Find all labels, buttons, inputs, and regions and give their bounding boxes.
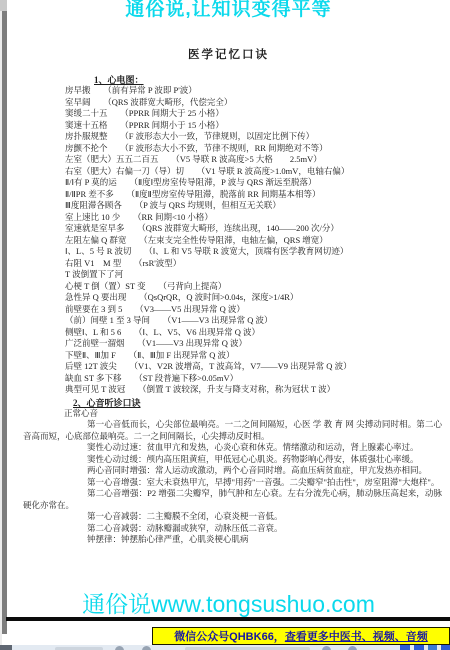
taskbar-start-icon[interactable]: [0, 645, 12, 650]
taskbar-icon[interactable]: [322, 646, 331, 650]
taskbar-icon[interactable]: [414, 645, 424, 650]
mnemonic-line: 心梗 T 倒（置）ST 变 （弓背向上提高）: [65, 281, 446, 293]
mnemonic-line: 房早搬 （前有异常 P 波即 P'波）: [65, 85, 446, 97]
mnemonic-line: Ⅰ、L、5 号 R 波切 （Ⅰ、L 和 V5 导联 R 波宽大，顶端有医学教育网…: [65, 246, 446, 258]
heart-sound-paragraphs: 第一心音低而长，心尖部位最响亮。一二之间间隔短，心医 学 教 育 网 尖搏动同时…: [23, 419, 442, 546]
ecg-mnemonic-list: 房早搬 （前有异常 P 波即 P'波）室早阔 （QRS 波群宽大畸形，代偿完全）…: [65, 85, 446, 396]
mnemonic-line: 右室（肥大）右偏一刀（导）切 （V1 导联 R 波高度>1.0mV，电轴右偏）: [65, 166, 446, 178]
mnemonic-line: 缺血 ST 多下移 （ST 段普遍下移>0.05mV）: [65, 373, 446, 385]
mnemonic-line: 房扑服规整 （F 波形态大小一致，节律规则，以固定比例下传）: [65, 131, 446, 143]
paragraph: 第一心音增强：室大未衰热甲亢，早搏"用药"一音强。二尖瓣窄"拍击性"，房室阻滞"…: [23, 477, 442, 489]
mnemonic-line: 典型可见 T 波冠 （倒置 T 波较深，升支与降支对称，称为冠状 T 波）: [65, 384, 446, 396]
taskbar-icon[interactable]: [348, 646, 357, 650]
scrollbar-top-notch: [0, 0, 7, 11]
mnemonic-line: 广泛前壁一溜烟 （V1——V3 出现异常 Q 波）: [65, 338, 446, 350]
mnemonic-line: 前壁要在 3 到 5 （V3——V5 出现异常 Q 波）: [65, 304, 446, 316]
paragraph: 第一心音减弱：二主瓣膜不全闭，心衰炎梗一音低。: [23, 511, 442, 523]
mnemonic-line: 室上速比 10 少 （RR 间期<10 小格）: [65, 212, 446, 224]
taskbar-sliver: [0, 645, 450, 650]
screen: 通俗说,让知识变得平等 医学记忆口诀 1、心电图： 房早搬 （前有异常 P 波即…: [0, 0, 450, 650]
mnemonic-line: 室早阔 （QRS 波群宽大畸形，代偿完全）: [65, 97, 446, 109]
wechat-banner-link[interactable]: 查看更多中医书、视频、音频: [285, 628, 428, 644]
mnemonic-line: 室速就是室早多 （QRS 波群宽大畸形，连续出现，140——200 次/分）: [65, 223, 446, 235]
taskbar-icon[interactable]: [428, 645, 437, 650]
mnemonic-line: Ⅲ度阻滞各顾各 （P 波与 QRS 均规则，但相互无关联）: [65, 200, 446, 212]
taskbar-icon[interactable]: [142, 646, 151, 650]
section2-intro: 正常心音: [64, 407, 98, 419]
mnemonic-line: 后壁 12T 波尖 （V1、V2R 波增高，T 波高耸，V7——V9 出现异常 …: [65, 361, 446, 373]
mnemonic-line: T 波倒置下了河: [65, 269, 446, 281]
mnemonic-line: 左阻左偏 Q 群宽 （左束支完全性传导阻滞，电轴左偏，QRS 增宽）: [65, 235, 446, 247]
brand-footer-url: 通俗说www.tongsushuo.com: [7, 586, 450, 619]
mnemonic-line: 侧壁Ⅰ、L 和 5 6 （Ⅰ、L、V5、V6 出现异常 Q 波）: [65, 327, 446, 339]
taskbar-icon[interactable]: [115, 646, 124, 650]
wechat-banner-prefix: 微信公众号QHBK66，: [174, 628, 285, 644]
paragraph: 窦性心动过缓：颅内高压阻黄疸，甲低冠心心肌炎。药物影响心得安，体质强壮心率缓。: [23, 454, 442, 466]
paragraph: 钟摆律：钟摆胎心律严重，心肌炎梗心肌病: [23, 534, 442, 546]
mnemonic-line: 窦缓二十五 （PPRR 间期大于 25 小格）: [65, 108, 446, 120]
mnemonic-line: 左室（肥大）五五二百五 （V5 导联 R 波高度>5 大格 2.5mV）: [65, 154, 446, 166]
paragraph: 第二心音减弱：动脉瓣漏或狭窄，动脉压低二音衰。: [23, 523, 442, 535]
brand-header-text: 通俗说,让知识变得平等: [7, 0, 450, 21]
mnemonic-line: Ⅱ/Ⅰ有 P 莫的运 （Ⅱ度Ⅰ型房室传导阻滞，P 波与 QRS 渐远至脱落）: [65, 177, 446, 189]
mnemonic-line: 右阻 V1 M 型 （rsR'波型）: [65, 258, 446, 270]
mnemonic-line: 房颤不抡个 （F 波形态大小不致，节律不规则，RR 间期绝对不等）: [65, 143, 446, 155]
mnemonic-line: Ⅱ/ⅡPR 差不多 （Ⅱ度Ⅱ型房室传导阻滞，脱落前 RR 间期基本相等）: [65, 189, 446, 201]
document-page: 通俗说,让知识变得平等 医学记忆口诀 1、心电图： 房早搬 （前有异常 P 波即…: [7, 0, 450, 617]
taskbar-icon[interactable]: [400, 645, 410, 650]
wechat-promo-banner[interactable]: 微信公众号QHBK66，查看更多中医书、视频、音频: [152, 627, 450, 645]
paragraph: 第一心音低而长，心尖部位最响亮。一二之间间隔短，心医 学 教 育 网 尖搏动同时…: [23, 419, 442, 442]
mnemonic-line: 窦速十五格 （PPRR 间期小于 15 小格）: [65, 120, 446, 132]
taskbar-icon[interactable]: [441, 645, 450, 650]
mnemonic-line: 急性异 Q 要出现 （QsQrQR，Q 波时间>0.04s，深度>1/4R）: [65, 292, 446, 304]
paragraph: 窦性心动过速：贫血甲亢和发热，心炎心衰和休克。情绪激动和运动，肾上腺素心率过。: [23, 442, 442, 454]
paragraph: 第二心音增强：P2 增强二尖瓣窄，肺气肿和左心衰。左右分流先心病，肺动脉压高起来…: [23, 488, 442, 511]
mnemonic-line: 下壁Ⅱ、Ⅲ加 F （Ⅱ、Ⅲ加 F 出现异常 Q 波）: [65, 350, 446, 362]
mnemonic-line: （前）间壁 1 至 3 导间 （V1——V3 出现异常 Q 波）: [65, 315, 446, 327]
page-title: 医学记忆口诀: [7, 46, 450, 62]
paragraph: 两心音同时增强：常人运动或激动，两个心音同时增。高血压病贫血症，甲亢发热亦相同。: [23, 465, 442, 477]
